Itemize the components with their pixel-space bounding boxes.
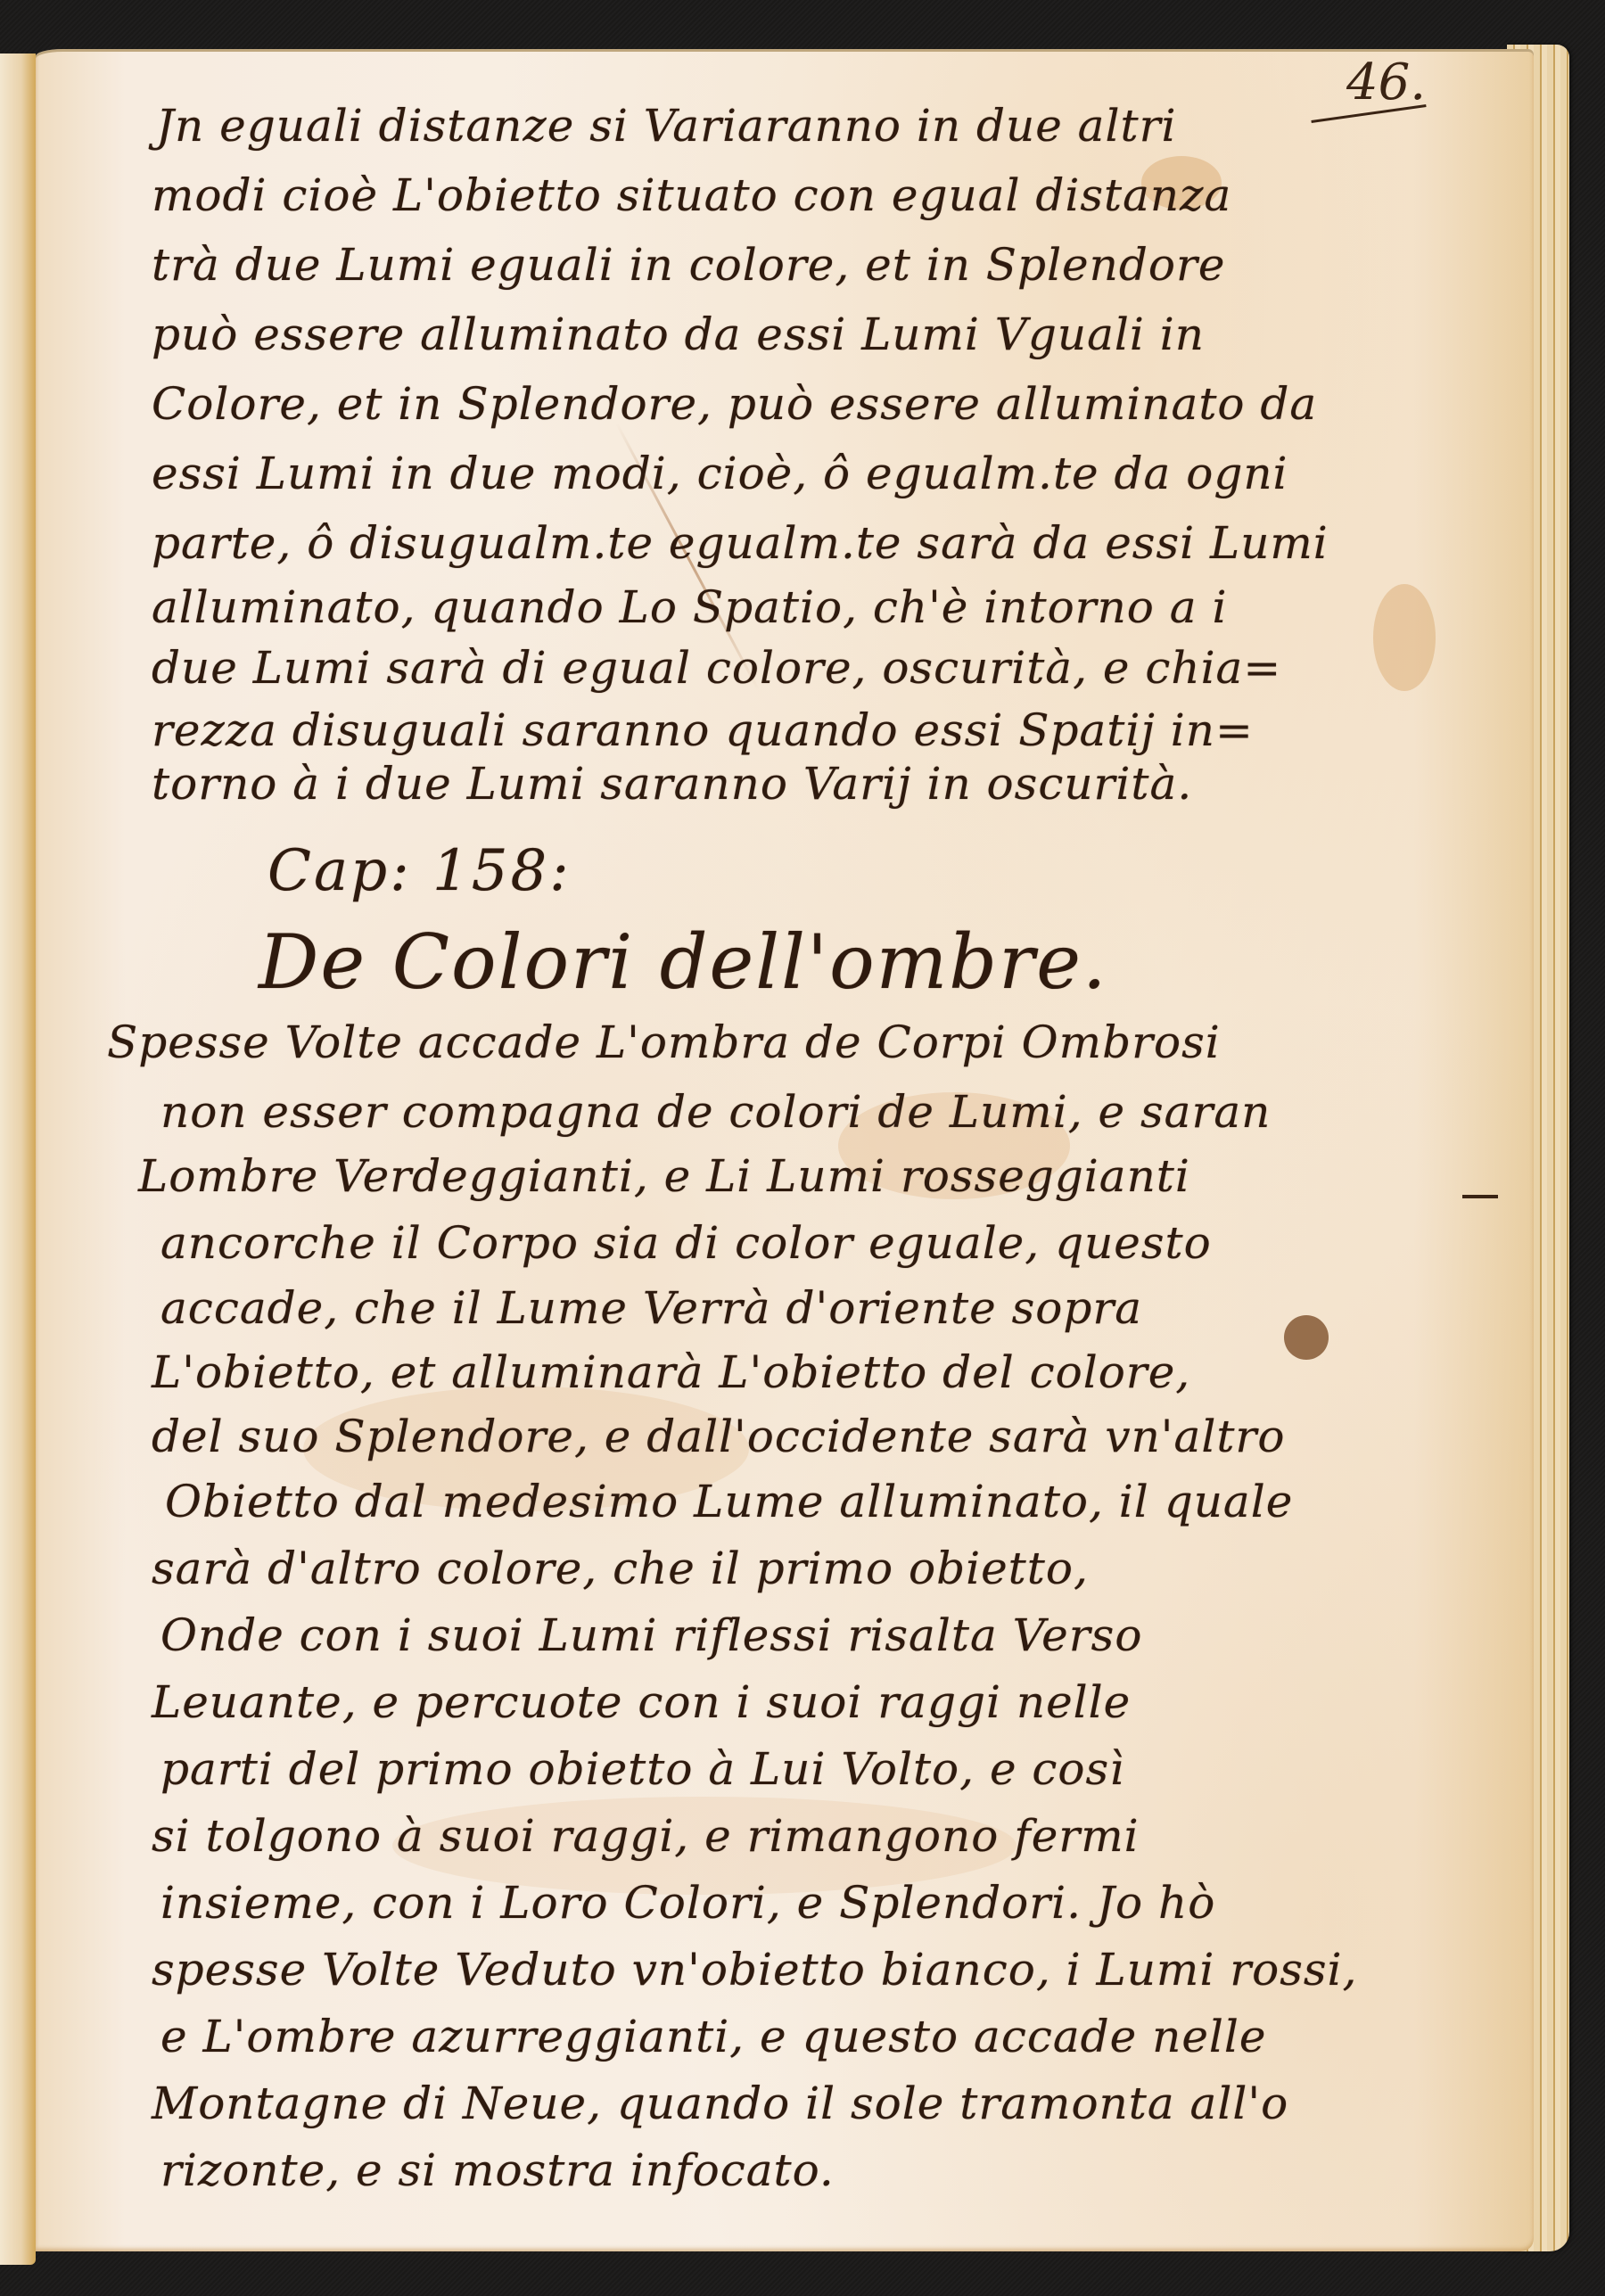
text-line: rezza disuguali saranno quando essi Spat… — [152, 704, 1254, 756]
text-line: essi Lumi in due modi, cioè, ô egualm.te… — [152, 448, 1288, 499]
text-line: Obietto dal medesimo Lume alluminato, il… — [165, 1476, 1293, 1527]
text-line: parte, ô disugualm.te egualm.te sarà da … — [152, 517, 1329, 569]
text-line: due Lumi sarà di egual colore, oscurità,… — [152, 642, 1281, 694]
text-line: Lombre Verdeggianti, e Li Lumi rosseggia… — [138, 1150, 1190, 1202]
margin-dash-mark — [1462, 1195, 1498, 1198]
text-line: parti del primo obietto à Lui Volto, e c… — [160, 1743, 1124, 1795]
text-line: L'obietto, et alluminarà L'obietto del c… — [152, 1346, 1190, 1398]
text-line: Leuante, e percuote con i suoi raggi nel… — [152, 1676, 1131, 1728]
ink-blot — [1284, 1315, 1329, 1360]
text-line: Spesse Volte accade L'ombra de Corpi Omb… — [107, 1016, 1221, 1068]
text-line: può essere alluminato da essi Lumi Vgual… — [152, 309, 1205, 360]
text-line: del suo Splendore, e dall'occidente sarà… — [152, 1411, 1285, 1462]
text-line: accade, che il Lume Verrà d'oriente sopr… — [160, 1282, 1142, 1334]
text-line: Jn eguali distanze si Variaranno in due … — [156, 100, 1176, 152]
text-line: torno à i due Lumi saranno Varij in oscu… — [152, 758, 1192, 810]
text-line: spesse Volte Veduto vn'obietto bianco, i… — [152, 1944, 1357, 1996]
text-line: ancorche il Corpo sia di color eguale, q… — [160, 1217, 1212, 1269]
text-line: Colore, et in Splendore, può essere allu… — [152, 378, 1317, 430]
text-line: sarà d'altro colore, che il primo obiett… — [152, 1543, 1089, 1594]
text-line: modi cioè L'obietto situato con egual di… — [152, 169, 1231, 221]
text-line: si tolgono à suoi raggi, e rimangono fer… — [152, 1810, 1140, 1862]
chapter-number: Cap: 158: — [267, 838, 572, 904]
text-line: non esser compagna de colori de Lumi, e … — [160, 1086, 1271, 1138]
facing-page-edge — [0, 53, 36, 2265]
folio-number: 46. — [1346, 53, 1426, 111]
text-line: Onde con i suoi Lumi riflessi risalta Ve… — [160, 1609, 1142, 1661]
text-line: insieme, con i Loro Colori, e Splendori.… — [160, 1877, 1215, 1929]
text-line: trà due Lumi eguali in colore, et in Spl… — [152, 239, 1225, 291]
text-line: e L'ombre azurreggianti, e questo accade… — [160, 2011, 1266, 2062]
text-line: Montagne di Neue, quando il sole tramont… — [152, 2078, 1288, 2129]
text-line: alluminato, quando Lo Spatio, ch'è intor… — [152, 581, 1227, 633]
foxing-stain — [1373, 584, 1436, 691]
text-line: rizonte, e si mostra infocato. — [160, 2144, 835, 2196]
chapter-title: De Colori dell'ombre. — [259, 918, 1108, 1006]
